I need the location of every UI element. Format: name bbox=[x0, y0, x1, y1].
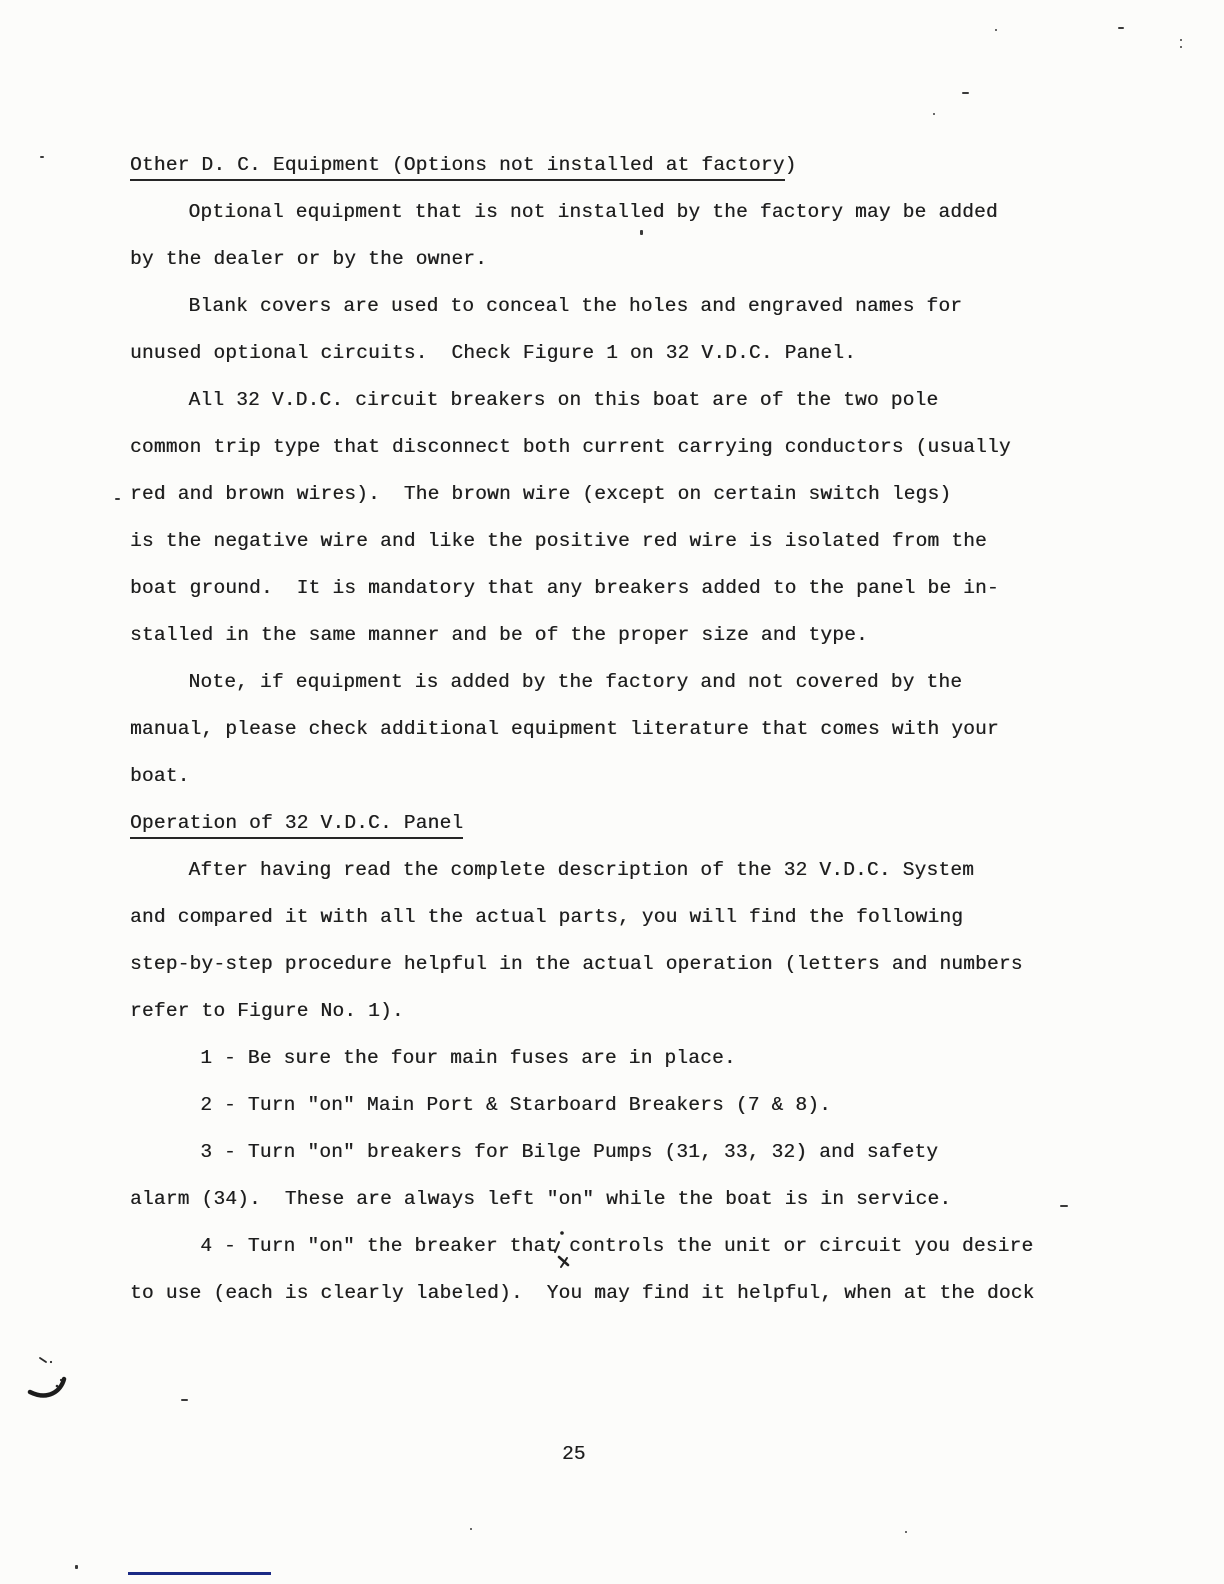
ink-speck bbox=[75, 1565, 78, 1569]
section-heading-text: Other D. C. Equipment (Options not insta… bbox=[130, 153, 785, 181]
ink-speck bbox=[1180, 39, 1182, 41]
ink-speck bbox=[115, 498, 120, 500]
pen-mark bbox=[12, 1345, 82, 1415]
text-line: All 32 V.D.C. circuit breakers on this b… bbox=[130, 388, 1130, 435]
text-line: 3 - Turn "on" breakers for Bilge Pumps (… bbox=[130, 1140, 1130, 1187]
text-line: manual, please check additional equipmen… bbox=[130, 717, 1130, 764]
text-line: to use (each is clearly labeled). You ma… bbox=[130, 1281, 1130, 1328]
ink-speck bbox=[995, 29, 997, 31]
text-line: Note, if equipment is added by the facto… bbox=[130, 670, 1130, 717]
section-heading-tail: ) bbox=[785, 154, 797, 176]
text-line: 4 - Turn "on" the breaker that controls … bbox=[130, 1234, 1130, 1281]
document-body: Other D. C. Equipment (Options not insta… bbox=[130, 153, 1130, 1328]
text-line: unused optional circuits. Check Figure 1… bbox=[130, 341, 1130, 388]
section-heading: Operation of 32 V.D.C. Panel bbox=[130, 811, 1130, 858]
text-line: stalled in the same manner and be of the… bbox=[130, 623, 1130, 670]
text-line: alarm (34). These are always left "on" w… bbox=[130, 1187, 1130, 1234]
text-line: and compared it with all the actual part… bbox=[130, 905, 1130, 952]
ink-speck bbox=[1180, 46, 1182, 48]
section-heading: Other D. C. Equipment (Options not insta… bbox=[130, 153, 1130, 200]
text-line: Blank covers are used to conceal the hol… bbox=[130, 294, 1130, 341]
text-line: boat. bbox=[130, 764, 1130, 811]
text-line: boat ground. It is mandatory that any br… bbox=[130, 576, 1130, 623]
text-line: 2 - Turn "on" Main Port & Starboard Brea… bbox=[130, 1093, 1130, 1140]
text-line: After having read the complete descripti… bbox=[130, 858, 1130, 905]
document-page: Other D. C. Equipment (Options not insta… bbox=[0, 0, 1224, 1584]
text-line: Optional equipment that is not installed… bbox=[130, 200, 1130, 247]
text-line: by the dealer or by the owner. bbox=[130, 247, 1130, 294]
ink-speck bbox=[181, 1399, 188, 1401]
section-heading-text: Operation of 32 V.D.C. Panel bbox=[130, 811, 463, 839]
text-line: 1 - Be sure the four main fuses are in p… bbox=[130, 1046, 1130, 1093]
ink-speck bbox=[962, 92, 969, 94]
text-line: step-by-step procedure helpful in the ac… bbox=[130, 952, 1130, 999]
ink-speck bbox=[933, 113, 935, 115]
page-number: 25 bbox=[562, 1443, 585, 1465]
ink-speck bbox=[40, 156, 44, 158]
ink-speck bbox=[1060, 1205, 1068, 1207]
blue-ink-line bbox=[128, 1572, 271, 1575]
handwritten-caret-mark bbox=[540, 1222, 584, 1274]
ink-speck bbox=[640, 230, 643, 235]
text-line: refer to Figure No. 1). bbox=[130, 999, 1130, 1046]
text-line: is the negative wire and like the positi… bbox=[130, 529, 1130, 576]
text-line: common trip type that disconnect both cu… bbox=[130, 435, 1130, 482]
ink-speck bbox=[1118, 27, 1124, 29]
ink-speck bbox=[905, 1531, 907, 1533]
text-line: red and brown wires). The brown wire (ex… bbox=[130, 482, 1130, 529]
ink-speck bbox=[470, 1528, 472, 1530]
